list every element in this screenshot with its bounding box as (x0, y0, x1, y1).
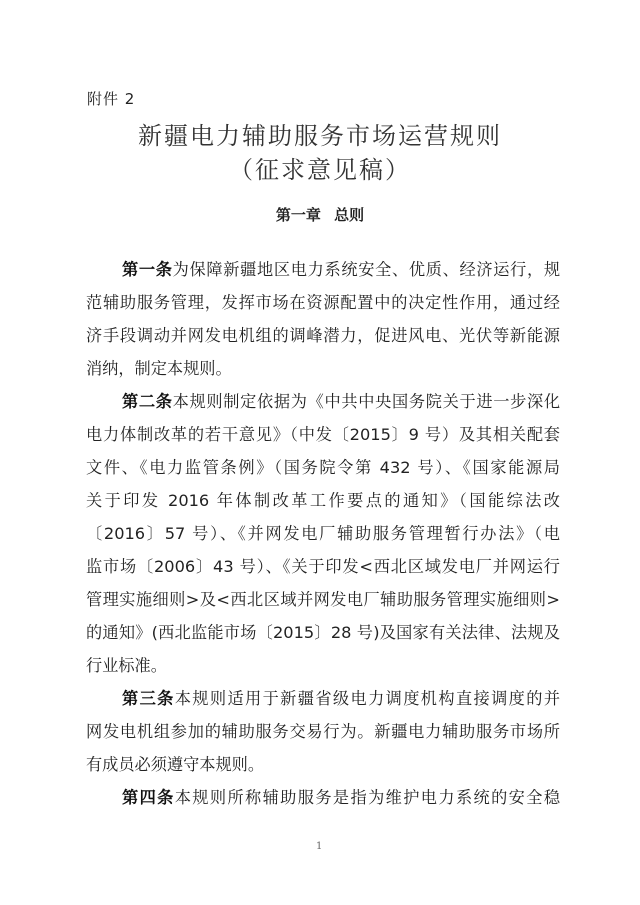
article-line: 第四条本规则所称辅助服务是指为维护电力系统的安全稳 (122, 788, 560, 808)
article-line: 电力体制改革的若干意见》（中发〔2015〕9 号）及其相关配套 (86, 425, 560, 445)
document-subtitle: （征求意见稿） (0, 150, 640, 185)
article-line: 网发电机组参加的辅助服务交易行为。新疆电力辅助服务市场所 (86, 722, 560, 742)
chapter-number: 第一章 (276, 206, 321, 224)
document-page: 附件 2 新疆电力辅助服务市场运营规则 （征求意见稿） 第一章 总则 第一条为保… (0, 0, 640, 905)
article-line: 第二条本规则制定依据为《中共中央国务院关于进一步深化 (122, 392, 560, 412)
chapter-heading: 第一章 总则 (0, 204, 640, 225)
article-line: 关于印发 2016 年体制改革工作要点的通知》（国能综法改 (86, 491, 560, 511)
article-line: 管理实施细则>及<西北区域并网发电厂辅助服务管理实施细则> (86, 590, 560, 610)
article-line: 范辅助服务管理，发挥市场在资源配置中的决定性作用，通过经 (86, 293, 560, 313)
article-label: 第二条 (122, 392, 173, 411)
document-title: 新疆电力辅助服务市场运营规则 (0, 116, 640, 151)
article-line: 行业标准。 (86, 656, 560, 676)
article-label: 第四条 (122, 788, 175, 807)
article-line: 济手段调动并网发电机组的调峰潜力，促进风电、光伏等新能源 (86, 326, 560, 346)
chapter-name: 总则 (334, 206, 364, 224)
article-line: 第三条本规则适用于新疆省级电力调度机构直接调度的并 (122, 689, 560, 709)
page-number: 1 (316, 841, 322, 852)
attachment-label: 附件 2 (87, 88, 135, 109)
article-line: 监市场〔2006〕43 号）、《关于印发<西北区域发电厂并网运行 (86, 557, 560, 577)
article-label: 第三条 (122, 689, 175, 708)
article-line: 的通知》(西北监能市场〔2015〕28 号)及国家有关法律、法规及 (86, 623, 560, 643)
article-line: 有成员必须遵守本规则。 (86, 755, 560, 775)
article-line: 文件、《电力监管条例》（国务院令第 432 号）、《国家能源局 (86, 458, 560, 478)
article-line: 〔2016〕57 号）、《并网发电厂辅助服务管理暂行办法》（电 (86, 524, 560, 544)
article-label: 第一条 (122, 260, 173, 279)
article-line: 第一条为保障新疆地区电力系统安全、优质、经济运行，规 (122, 260, 560, 280)
article-line: 消纳，制定本规则。 (86, 359, 560, 379)
